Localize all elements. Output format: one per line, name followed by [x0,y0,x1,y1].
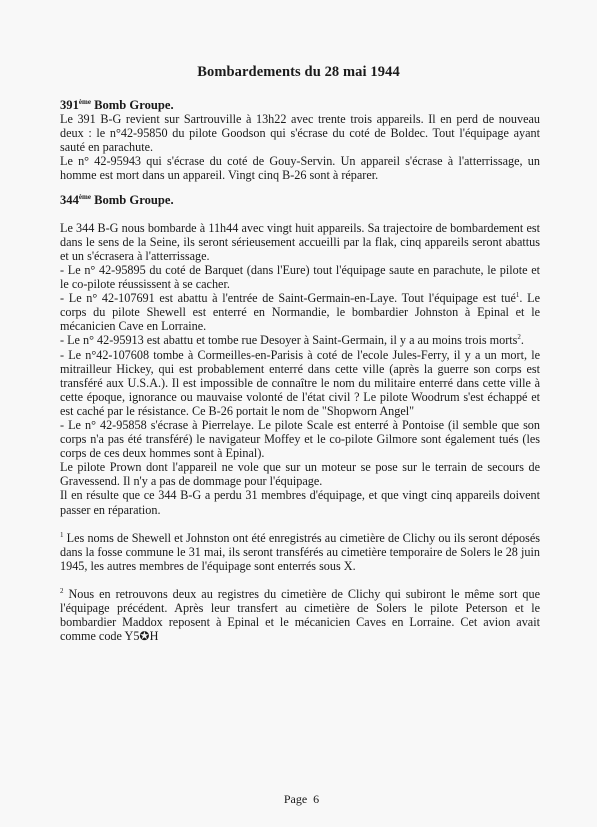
heading-text: Bomb Groupe. [94,193,174,207]
heading-ordinal-suffix: ème [79,193,91,201]
page-number: Page 6 [0,792,597,807]
document-body: 391ème Bomb Groupe. Le 391 B-G revient s… [60,98,540,643]
heading-number: 344 [60,193,79,207]
paragraph: - Le n° 42-95913 est abattu et tombe rue… [60,333,540,347]
paragraph-text: - Le n° 42-95913 est abattu et tombe rue… [60,333,517,347]
document-title: Bombardements du 28 mai 1944 [0,64,597,81]
footnote-1: 1 Les noms de Shewell et Johnston ont ét… [60,531,540,573]
footnote-text: Nous en retrouvons deux au registres du … [60,587,540,643]
paragraph: - Le n° 42-107691 est abattu à l'entrée … [60,291,540,333]
paragraph: Il en résulte que ce 344 B-G a perdu 31 … [60,488,540,516]
footnote-2: 2 Nous en retrouvons deux au registres d… [60,587,540,643]
paragraph: Le 391 B-G revient sur Sartrouville à 13… [60,112,540,154]
section-heading-391: 391ème Bomb Groupe. [60,98,540,112]
heading-number: 391 [60,98,79,112]
paragraph-text: . [521,333,524,347]
document-page: Bombardements du 28 mai 1944 391ème Bomb… [0,0,597,827]
paragraph: - Le n°42-107608 tombe à Cormeilles-en-P… [60,348,540,418]
paragraph: Le 344 B-G nous bombarde à 11h44 avec vi… [60,221,540,263]
heading-text: Bomb Groupe. [94,98,174,112]
paragraph: - Le n° 42-95858 s'écrase à Pierrelaye. … [60,418,540,460]
paragraph: - Le n° 42-95895 du coté de Barquet (dan… [60,263,540,291]
paragraph: Le pilote Prown dont l'appareil ne vole … [60,460,540,488]
heading-ordinal-suffix: ème [79,98,91,106]
paragraph-text: - Le n° 42-107691 est abattu à l'entrée … [60,291,516,305]
section-heading-344: 344ème Bomb Groupe. [60,193,540,207]
footnote-text: Les noms de Shewell et Johnston ont été … [60,531,540,573]
paragraph: Le n° 42-95943 qui s'écrase du coté de G… [60,154,540,182]
